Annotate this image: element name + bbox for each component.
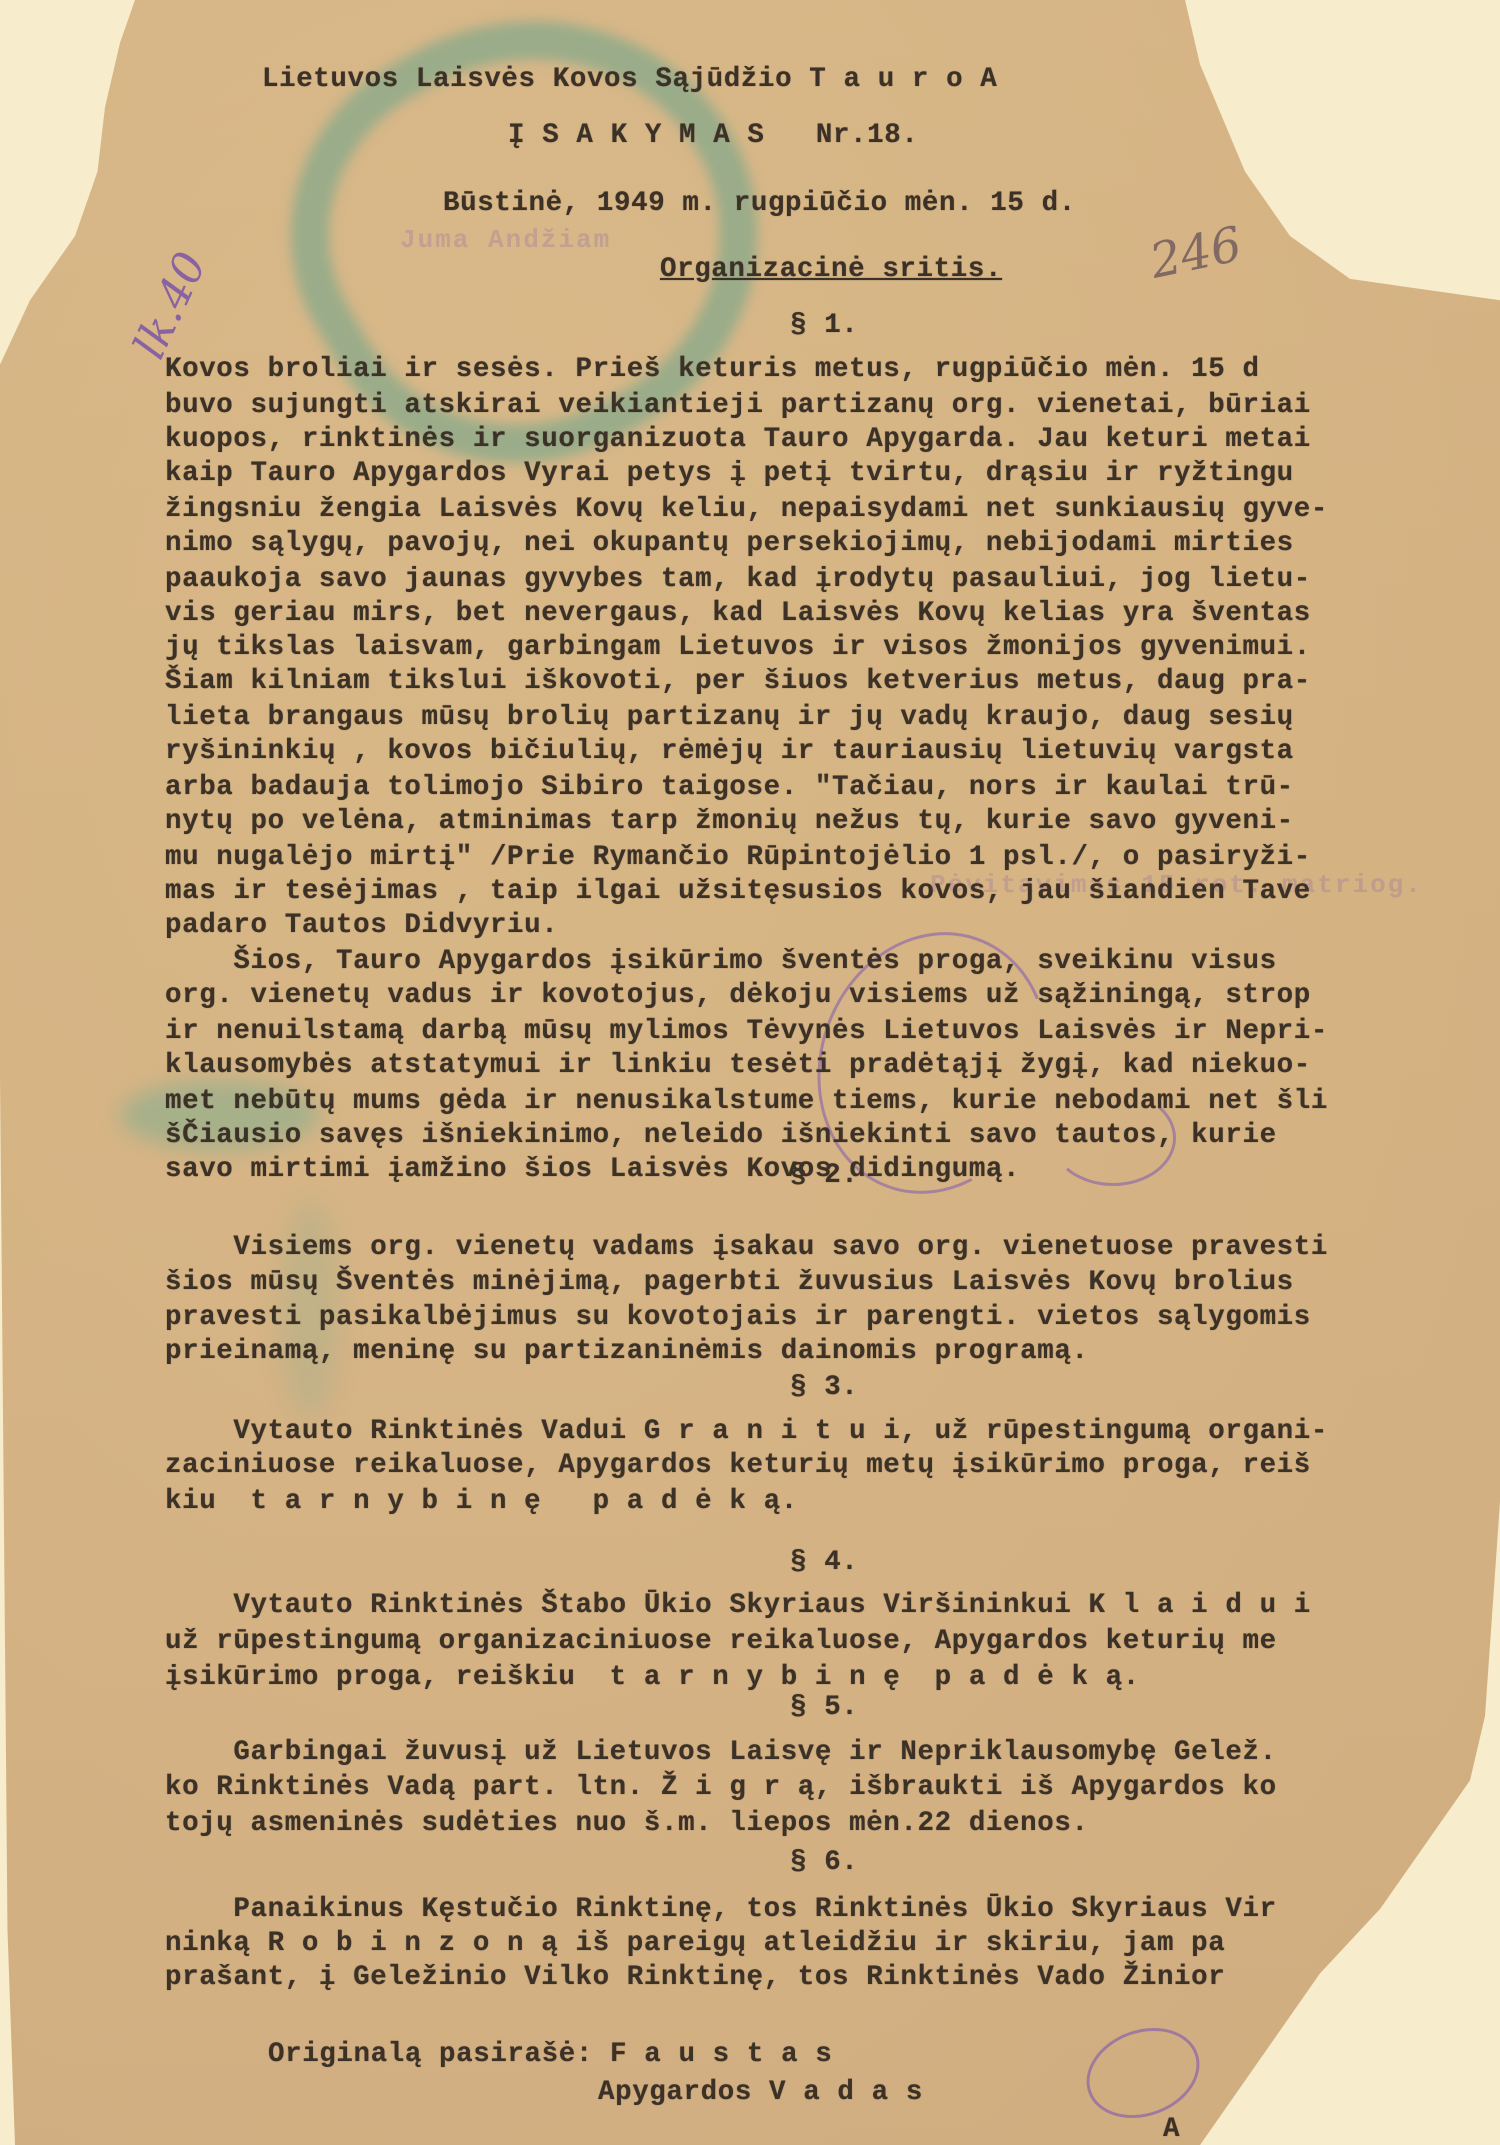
paragraph-line: nimo sąlygų, pavojų, nei okupantų persek… [165, 526, 1294, 562]
paragraph-line: zaciniuose reikaluose, Apygardos keturių… [165, 1448, 1311, 1484]
paragraph-line: kaip Tauro Apygardos Vyrai petys į petį … [165, 456, 1294, 492]
document-place-date: Būstinė, 1949 m. rugpiūčio mėn. 15 d. [443, 186, 1076, 222]
paragraph-line: ir nenuilstamą darbą mūsų mylimos Tėvynė… [165, 1014, 1328, 1050]
paragraph-line: šios mūsų Šventės minėjimą, pagerbti žuv… [165, 1265, 1294, 1301]
paragraph-line: mu nugalėjo mirtį" /Prie Rymančio Rūpint… [165, 840, 1311, 876]
paragraph-mark: § 5. [790, 1690, 858, 1726]
paragraph-line: įsikūrimo proga, reiškiu t a r n y b i n… [165, 1660, 1140, 1696]
signature-line: Originalą pasirašė: F a u s t a s [268, 2037, 832, 2073]
paragraph-line: savo mirtimi įamžino šios Laisvės Kovos … [165, 1152, 1020, 1188]
paragraph-line: met nebūtų mums gėda ir nenusikalstume t… [165, 1084, 1328, 1120]
paragraph-line: org. vienetų vadus ir kovotojus, dėkoju … [165, 978, 1311, 1014]
paragraph-line: lieta brangaus mūsų brolių partizanų ir … [165, 700, 1294, 736]
paragraph-line: ryšininkių , kovos bičiulių, rėmėjų ir t… [165, 734, 1294, 770]
paragraph-line: arba badauja tolimojo Sibiro taigose. "T… [165, 770, 1294, 806]
paragraph-line: paaukoja savo jaunas gyvybes tam, kad įr… [165, 562, 1311, 598]
paragraph-line: tojų asmeninės sudėties nuo š.m. liepos … [165, 1806, 1089, 1842]
paragraph-mark: § 6. [790, 1845, 858, 1881]
paragraph-line: šČiausio savęs išniekinimo, neleido išni… [165, 1118, 1277, 1154]
paragraph-line: kuopos, rinktinės ir suorganizuota Tauro… [165, 422, 1311, 458]
paragraph-line: Vytauto Rinktinės Vadui G r a n i t u i,… [165, 1414, 1328, 1450]
paragraph-line: buvo sujungti atskirai veikiantieji part… [165, 388, 1311, 424]
paragraph-line: padaro Tautos Didvyriu. [165, 908, 558, 944]
paragraph-line: Šios, Tauro Apygardos įsikūrimo šventės … [165, 944, 1277, 980]
signature-trailing: A [1163, 2112, 1180, 2145]
paragraph-mark: § 1. [790, 308, 858, 344]
paragraph-line: žingsniu žengia Laisvės Kovų keliu, nepa… [165, 492, 1328, 528]
section-heading: Organizacinė sritis. [660, 252, 1002, 288]
paragraph-line: klausomybės atstatymui ir linkiu tesėti … [165, 1048, 1311, 1084]
paragraph-mark: § 4. [790, 1545, 858, 1581]
paragraph-line: Visiems org. vienetų vadams įsakau savo … [165, 1230, 1328, 1266]
paragraph-mark: § 2. [790, 1158, 858, 1194]
paragraph-line: pravesti pasikalbėjimus su kovotojais ir… [165, 1300, 1311, 1336]
paragraph-line: Garbingai žuvusį už Lietuvos Laisvę ir N… [165, 1735, 1277, 1771]
paragraph-line: prašant, į Geležinio Vilko Rinktinę, tos… [165, 1960, 1225, 1996]
paragraph-line: Kovos broliai ir sesės. Prieš keturis me… [165, 352, 1260, 388]
paragraph-line: vis geriau mirs, bet nevergaus, kad Lais… [165, 596, 1311, 632]
paragraph-line: kiu t a r n y b i n ę p a d ė k ą. [165, 1484, 798, 1520]
paragraph-line: už rūpestingumą organizaciniuose reikalu… [165, 1624, 1277, 1660]
paragraph-line: ninką R o b i n z o n ą iš pareigų atlei… [165, 1926, 1225, 1962]
paragraph-line: Vytauto Rinktinės Štabo Ūkio Skyriaus Vi… [165, 1588, 1311, 1624]
faded-stamp-text: Juma Andžiam [400, 225, 611, 255]
paragraph-line: ko Rinktinės Vadą part. ltn. Ž i g r ą, … [165, 1770, 1277, 1806]
paragraph-mark: § 3. [790, 1370, 858, 1406]
paragraph-line: mas ir tesėjimas , taip ilgai užsitęsusi… [165, 874, 1311, 910]
paragraph-line: jų tikslas laisvam, garbingam Lietuvos i… [165, 630, 1311, 666]
paragraph-line: Panaikinus Kęstučio Rinktinę, tos Rinkti… [165, 1892, 1277, 1928]
signature-title: Apygardos V a d a s [598, 2075, 923, 2111]
paragraph-line: prieinamą, meninę su partizaninėmis dain… [165, 1334, 1089, 1370]
paragraph-line: nytų po velėna, atminimas tarp žmonių ne… [165, 804, 1294, 840]
document-title: Į S A K Y M A S Nr.18. [508, 118, 918, 154]
document-header-org: Lietuvos Laisvės Kovos Sąjūdžio T a u r … [262, 62, 997, 98]
paragraph-line: Šiam kilniam tikslui iškovoti, per šiuos… [165, 664, 1311, 700]
